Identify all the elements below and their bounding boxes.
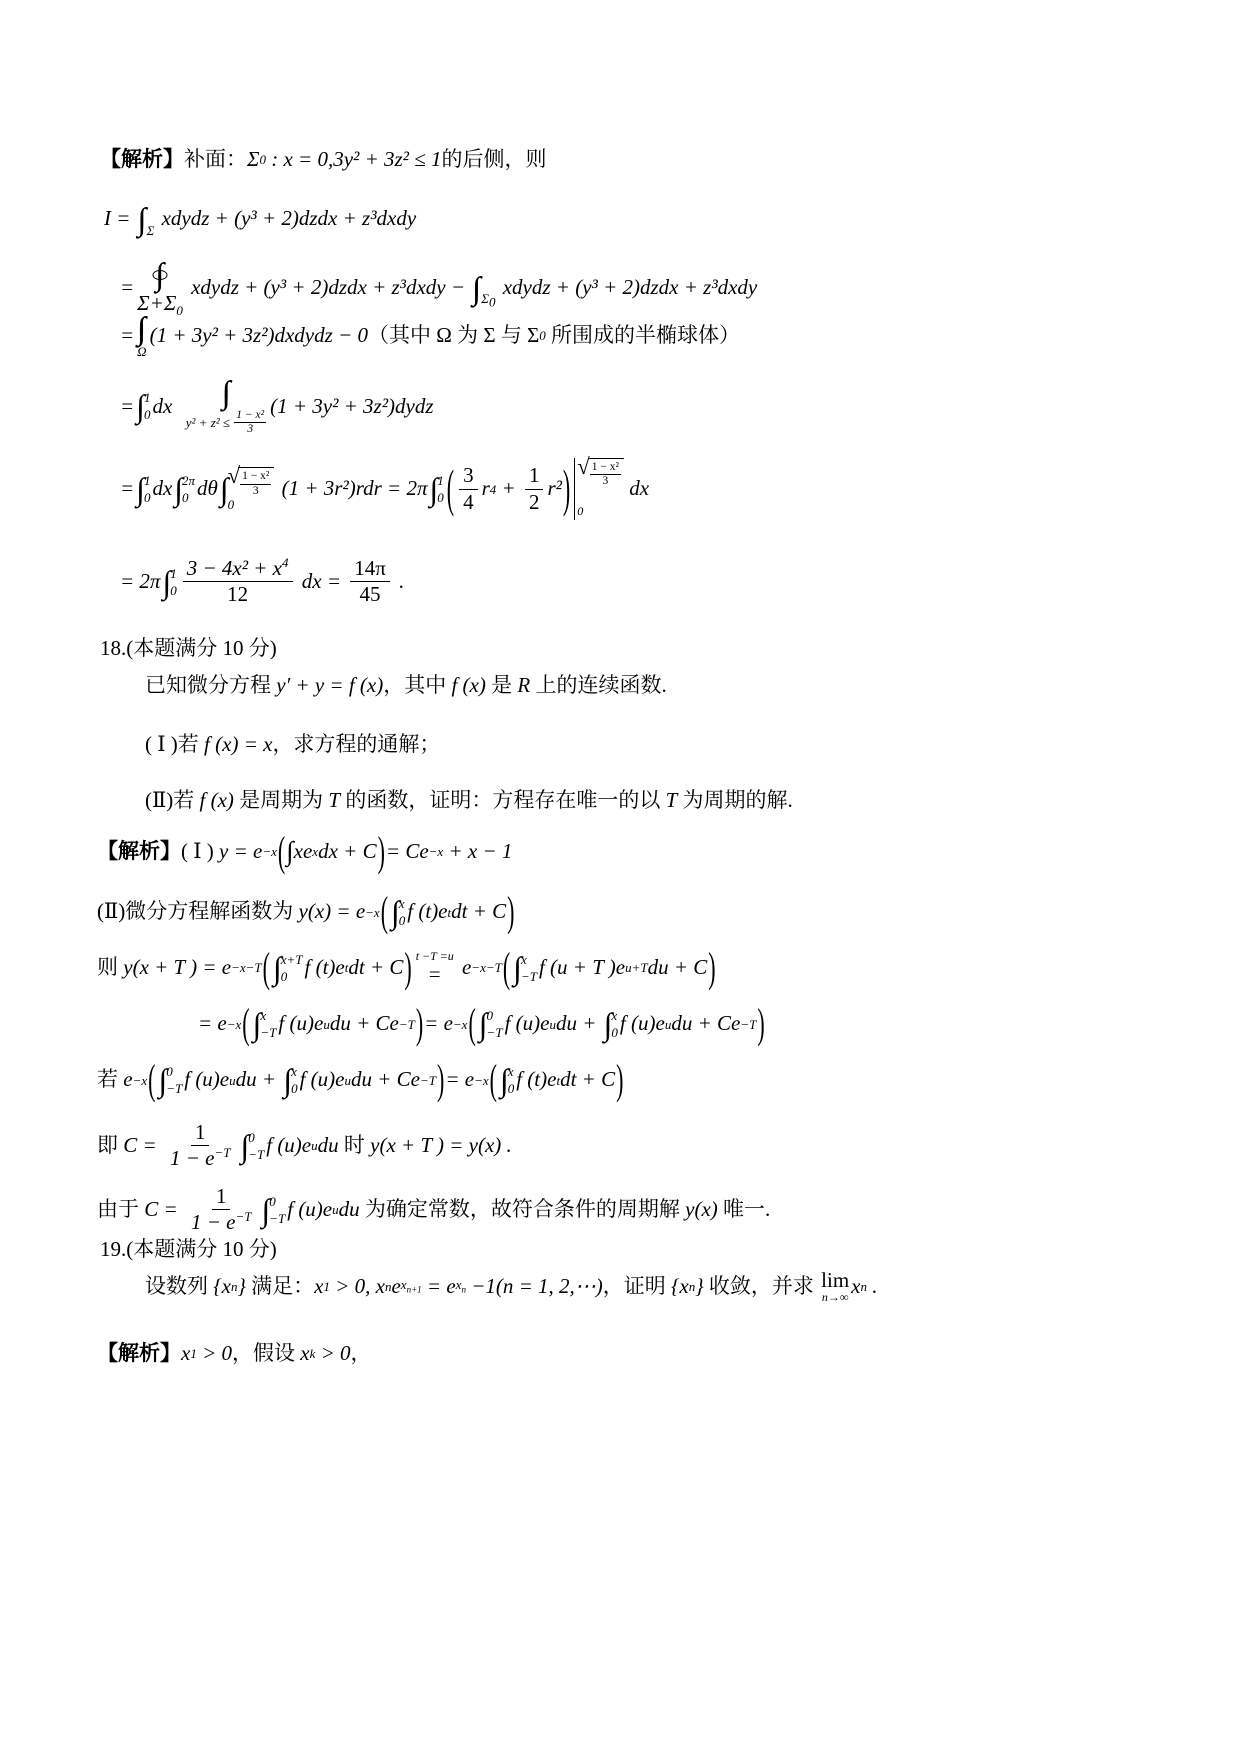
- equals-sign: =: [120, 274, 134, 301]
- cjk-text: 唯一.: [718, 1196, 771, 1223]
- lower-limit: −T: [487, 1026, 503, 1039]
- sqrt: √1 − x²3: [228, 467, 275, 497]
- math-fragment: C =: [123, 1132, 162, 1159]
- fraction: 14π45: [350, 556, 390, 607]
- lower-limit: 0: [144, 408, 151, 421]
- math-fragment: f (x) = x: [204, 731, 272, 758]
- denominator-text: 1 − e: [170, 1146, 215, 1170]
- fraction-numerator: 3: [459, 463, 478, 489]
- analysis-tag: 【解析】: [97, 1340, 181, 1367]
- superscript: −x: [453, 1018, 468, 1031]
- analysis-tag: 【解析】: [97, 838, 181, 865]
- cjk-text: 已知微分方程: [145, 672, 276, 699]
- math-fragment: f (t)e: [305, 954, 345, 981]
- brace: {: [213, 1273, 221, 1300]
- superscript: −x: [227, 1018, 242, 1031]
- math-fragment: y(x): [685, 1196, 718, 1223]
- integral: ∫10: [136, 473, 150, 505]
- math-fragment: (1 + 3y² + 3z²)dydz: [270, 393, 433, 420]
- cjk-text: 的后侧，则: [442, 146, 547, 173]
- math-fragment: > 0: [197, 1340, 232, 1367]
- question18-number: 18.(本题满分 10 分): [100, 635, 277, 662]
- cjk-text: 是周期为: [234, 787, 329, 814]
- open-paren: (: [490, 1059, 497, 1101]
- lower-limit: −T: [269, 1212, 285, 1225]
- math-fragment: f (x): [451, 672, 485, 699]
- nested-subscript: n+1: [407, 1285, 422, 1295]
- close-paren: ): [416, 1003, 423, 1045]
- fraction-denominator: 3: [598, 475, 612, 488]
- cjk-text: ，假设: [232, 1340, 300, 1367]
- math-fragment: x: [314, 1273, 323, 1300]
- close-paren: ): [378, 831, 385, 873]
- math-fragment: xdydz + (y³ + 2)dzdx + z³dxdy: [497, 274, 757, 301]
- lower-limit: −T: [260, 1026, 276, 1039]
- solution17-line-5: = ∫10 dx ∫2π0 dθ ∫√1 − x²30 (1 + 3r²)rdr…: [120, 458, 649, 520]
- open-paren: (: [148, 1059, 155, 1101]
- integral: ∫0−T: [158, 1064, 182, 1096]
- integral: ∫x0: [604, 1008, 618, 1040]
- lower-limit: 0: [577, 504, 624, 520]
- math-fragment: du + Ce: [351, 1066, 420, 1093]
- solution17-header-line: 【解析】补面：Σ0 : x = 0,3y² + 3z² ≤ 1的后侧，则: [100, 146, 547, 173]
- math-fragment: > 0: [315, 1340, 350, 1367]
- lower-limit: 0: [437, 491, 444, 504]
- question19-body: 设数列 {xn} 满足： x1 > 0, xnexn+1 = exn −1(n …: [145, 1270, 878, 1303]
- math-fragment: e: [217, 1010, 226, 1037]
- math-fragment: x: [181, 1340, 190, 1367]
- cjk-text: 补面：: [184, 146, 247, 173]
- equals-sign: =: [429, 964, 441, 985]
- math-fragment: dθ: [197, 475, 218, 502]
- surface-integral-ring-icon: [152, 270, 167, 280]
- integral-glyph: ∫∫: [222, 376, 231, 408]
- integral: ∫0−T: [261, 1194, 285, 1226]
- lower-limit: −T: [521, 970, 537, 983]
- condition-text: y² + z² ≤: [186, 416, 234, 430]
- upper-limit: 0: [166, 1065, 182, 1078]
- math-fragment: y(x) = e: [299, 898, 366, 925]
- cjk-text: 的函数，证明：方程存在唯一的以: [340, 787, 666, 814]
- integral-domain-label: Σ: [147, 223, 155, 240]
- analysis-tag: 【解析】: [100, 146, 184, 173]
- open-paren: (: [468, 1003, 475, 1045]
- cjk-text: 即: [97, 1132, 123, 1159]
- math-fragment: f (u)e: [278, 1010, 323, 1037]
- upper-limit: x: [260, 1009, 276, 1022]
- superscript: −T: [235, 1209, 251, 1224]
- cjk-text: ，: [351, 1340, 372, 1367]
- fraction-numerator: 1 − x²: [590, 461, 621, 475]
- integral: ∫x−T: [513, 952, 537, 984]
- roman-numeral: ( Ⅰ ): [181, 838, 219, 865]
- fraction: 11 − e−T: [166, 1120, 235, 1171]
- math-fragment: xdydz + (y³ + 2)dzdx + z³dxdy −: [186, 274, 470, 301]
- open-paren: (: [278, 831, 285, 873]
- math-fragment: C =: [144, 1196, 183, 1223]
- integral-sqrt-limit: ∫√1 − x²30: [220, 466, 274, 511]
- fraction-numerator: 1: [525, 463, 544, 489]
- open-paren: (: [381, 891, 388, 933]
- math-fragment: x: [222, 1273, 231, 1300]
- math-fragment: y = e: [219, 838, 262, 865]
- close-paren: ): [507, 891, 514, 933]
- superscript: −T: [740, 1018, 756, 1031]
- brace: }: [695, 1273, 703, 1300]
- superscript: −T: [420, 1074, 436, 1087]
- math-fragment: T: [328, 787, 340, 814]
- lower-limit: 0: [291, 1082, 298, 1095]
- lower-limit: 0: [399, 914, 406, 927]
- fraction: 1 − x²3: [234, 409, 266, 436]
- upper-limit: 1: [144, 391, 151, 404]
- solution17-line-6: = 2π ∫10 3 − 4x² + x412 dx = 14π45 .: [120, 556, 404, 607]
- fraction-denominator: 3: [249, 485, 263, 498]
- fraction-numerator: 1 − x²: [234, 409, 266, 423]
- document-page: 【解析】补面：Σ0 : x = 0,3y² + 3z² ≤ 1的后侧，则 I =…: [0, 0, 1240, 1755]
- period: .: [394, 568, 405, 595]
- cjk-text: (Ⅱ)若: [145, 787, 200, 814]
- superscript: xn+1: [401, 1278, 422, 1295]
- upper-limit: 0: [487, 1009, 503, 1022]
- upper-limit: x: [521, 953, 537, 966]
- upper-limit: 1: [437, 474, 444, 487]
- math-fragment: y′ + y = f (x): [276, 672, 383, 699]
- superscript: 4: [282, 555, 289, 570]
- question18-part2: (Ⅱ)若 f (x) 是周期为 T 的函数，证明：方程存在唯一的以 T 为周期的…: [145, 787, 793, 814]
- integral: ∫0−T: [479, 1008, 503, 1040]
- double-integral: ∫∫Σ0: [472, 272, 495, 304]
- solution19-line-1: 【解析】x1 > 0，假设 xk > 0，: [97, 1340, 372, 1367]
- fraction: 12: [525, 463, 544, 514]
- math-fragment: r: [482, 475, 490, 502]
- lower-limit: 0: [281, 970, 303, 983]
- math-fragment: (1 + 3y² + 3z²)dxdydz − 0: [150, 322, 368, 349]
- math-fragment: Σ: [247, 146, 259, 173]
- fraction-numerator: 1: [191, 1120, 210, 1146]
- lower-limit: 0: [611, 1026, 618, 1039]
- cjk-text: (Ⅱ)微分方程解函数为: [97, 898, 299, 925]
- integral: ∫10: [429, 473, 443, 505]
- math-fragment: du + Ce: [671, 1010, 740, 1037]
- cjk-text: 为确定常数，故符合条件的周期解: [360, 1196, 686, 1223]
- math-fragment: T: [666, 787, 678, 814]
- lower-limit: 0: [170, 584, 177, 597]
- fraction-numerator: 14π: [350, 556, 390, 582]
- math-fragment: I =: [104, 205, 136, 232]
- equals-sign: =: [120, 393, 134, 420]
- substitution-label: t −T =u: [416, 950, 454, 962]
- lower-limit: −T: [166, 1082, 182, 1095]
- fraction-denominator: 4: [459, 490, 478, 515]
- cjk-text: 满足：: [246, 1273, 314, 1300]
- math-fragment: dx: [152, 393, 182, 420]
- equals-sign: =: [198, 1010, 217, 1037]
- fraction-numerator: 1 − x²: [240, 470, 271, 484]
- upper-limit: 0: [248, 1131, 264, 1144]
- superscript: −x−T: [471, 961, 502, 974]
- math-fragment: R: [517, 672, 530, 699]
- sqrt: √1 − x²3: [577, 458, 624, 488]
- upper-limit: x+T: [281, 953, 303, 966]
- math-fragment: f (t)e: [407, 898, 447, 925]
- solution18-line-5: 若 e−x ( ∫0−T f (u)eudu + ∫x0 f (u)eudu +…: [97, 1064, 624, 1096]
- integral-glyph: ∫∫: [472, 272, 481, 304]
- math-fragment: dt + C: [451, 898, 506, 925]
- math-fragment: du + Ce: [330, 1010, 399, 1037]
- fraction: 3 − 4x² + x412: [183, 556, 293, 607]
- math-fragment: f (u)e: [184, 1066, 229, 1093]
- question18-intro: 已知微分方程 y′ + y = f (x)，其中 f (x) 是 R 上的连续函…: [145, 672, 667, 699]
- cjk-text: ，其中: [383, 672, 451, 699]
- fraction: 11 − e−T: [187, 1184, 256, 1235]
- upper-limit: x: [611, 1009, 618, 1022]
- double-integral-with-condition: ∫∫y² + z² ≤ 1 − x²3: [186, 376, 267, 436]
- cjk-text: 收敛，并求: [704, 1273, 820, 1300]
- solution17-line-4: = ∫10 dx ∫∫y² + z² ≤ 1 − x²3 (1 + 3y² + …: [120, 376, 434, 436]
- math-fragment: dt + C: [348, 954, 403, 981]
- superscript: u+T: [625, 961, 648, 974]
- upper-limit: x: [508, 1065, 515, 1078]
- fraction-numerator: 3 − 4x² + x4: [183, 556, 293, 582]
- superscript: xn: [456, 1278, 466, 1295]
- lower-limit: 0: [144, 491, 151, 504]
- fraction-denominator: 3: [243, 423, 257, 436]
- triple-integral: ∫∫∫Ω: [137, 312, 146, 359]
- fraction-numerator: 1: [212, 1184, 231, 1210]
- math-fragment: > 0, x: [330, 1273, 385, 1300]
- equals-sign: =: [120, 475, 134, 502]
- math-fragment: = e: [445, 1066, 474, 1093]
- cjk-text: 设数列: [145, 1273, 213, 1300]
- math-fragment: du + C: [648, 954, 708, 981]
- upper-limit: x: [291, 1065, 298, 1078]
- fraction-denominator: 1 − e−T: [166, 1146, 235, 1171]
- solution17-line-3: = ∫∫∫Ω (1 + 3y² + 3z²)dxdydz − 0 （其中 Ω 为…: [120, 312, 740, 359]
- math-fragment: f (x): [200, 787, 234, 814]
- question19-number: 19.(本题满分 10 分): [100, 1236, 277, 1263]
- superscript: −x: [262, 845, 277, 858]
- upper-limit: x: [399, 897, 406, 910]
- open-paren: (: [263, 947, 270, 989]
- cjk-text: 则: [97, 954, 123, 981]
- math-fragment: dx =: [297, 568, 347, 595]
- question-number-text: 18.(本题满分 10 分): [100, 635, 277, 662]
- math-fragment: = Ce: [386, 838, 429, 865]
- upper-limit: 2π: [182, 474, 195, 487]
- integral: ∫x0: [391, 896, 405, 928]
- math-fragment: xe: [294, 838, 313, 865]
- question18-part1: ( Ⅰ )若 f (x) = x，求方程的通解；: [145, 731, 440, 758]
- math-fragment: dx: [152, 475, 172, 502]
- lower-limit: 0: [182, 491, 195, 504]
- cjk-text: 时: [339, 1132, 371, 1159]
- fraction: 1 − x²3: [240, 470, 271, 497]
- close-paren: ): [563, 463, 570, 515]
- math-fragment: f (u)e: [505, 1010, 550, 1037]
- cjk-text: ，求方程的通解；: [272, 731, 440, 758]
- close-paren: ): [616, 1059, 623, 1101]
- math-fragment: dx + C: [318, 838, 377, 865]
- integral-glyph: ∫∫∫: [137, 312, 146, 344]
- math-fragment: = e: [422, 1273, 456, 1300]
- open-paren: (: [447, 463, 454, 515]
- cjk-text: 若: [97, 1066, 123, 1093]
- solution18-line-2: (Ⅱ)微分方程解函数为 y(x) = e−x ( ∫x0 f (t)etdt +…: [97, 896, 515, 928]
- fraction-denominator: 45: [356, 582, 385, 607]
- math-fragment: x: [300, 1340, 309, 1367]
- math-fragment: f (u)e: [266, 1132, 311, 1159]
- integral: ∫2π0: [174, 473, 195, 505]
- open-paren: (: [503, 947, 510, 989]
- solution18-line-7: 由于 C = 11 − e−T ∫0−T f (u)eudu 为确定常数，故符合…: [97, 1184, 770, 1235]
- integral: ∫10: [162, 566, 176, 598]
- cjk-text: ( Ⅰ )若: [145, 731, 204, 758]
- equals-sign: =: [120, 322, 134, 349]
- upper-limit: 1: [144, 474, 151, 487]
- math-fragment: e: [457, 954, 472, 981]
- math-fragment: xdydz + (y³ + 2)dzdx + z³dxdy: [156, 205, 416, 232]
- fraction-denominator: 12: [223, 582, 252, 607]
- solution18-line-6: 即 C = 11 − e−T ∫0−T f (u)eudu 时 y(x + T …: [97, 1120, 512, 1171]
- cjk-note: （其中 Ω 为 Σ 与 Σ: [368, 322, 539, 349]
- evaluation-bar: √1 − x²30: [574, 458, 624, 520]
- math-fragment: x: [679, 1273, 688, 1300]
- superscript: −x: [133, 1074, 148, 1087]
- subscript: 0: [489, 295, 496, 310]
- math-fragment: dx: [624, 475, 649, 502]
- math-fragment: + x − 1: [443, 838, 512, 865]
- math-fragment: y(x + T ) = y(x): [370, 1132, 501, 1159]
- math-fragment: y(x + T ) = e: [123, 954, 231, 981]
- lim-subscript: n→∞: [822, 1291, 849, 1303]
- math-fragment: e: [123, 1066, 132, 1093]
- cjk-text: ，证明: [603, 1273, 671, 1300]
- solution18-line-4: = e−x ( ∫x−T f (u)eudu + Ce−T ) = e−x ( …: [198, 1008, 766, 1040]
- cjk-text: 上的连续函数.: [530, 672, 667, 699]
- numerator-text: 3 − 4x² + x: [187, 556, 282, 580]
- math-fragment: x: [851, 1273, 860, 1300]
- math-fragment: (1 + 3r²)rdr = 2π: [276, 475, 427, 502]
- cjk-note: 所围成的半椭球体）: [546, 322, 740, 349]
- close-paren: ): [757, 1003, 764, 1045]
- solution18-line-3: 则 y(x + T ) = e−x−T ( ∫x+T0 f (t)etdt + …: [97, 950, 717, 985]
- integral: ∫x0: [283, 1064, 297, 1096]
- integral: ∫x0: [500, 1064, 514, 1096]
- math-fragment: f (u)e: [300, 1066, 345, 1093]
- superscript: −T: [214, 1145, 230, 1160]
- close-paren: ): [404, 947, 411, 989]
- close-paren: ): [708, 947, 715, 989]
- fraction-denominator: 2: [525, 490, 544, 515]
- lower-limit: −T: [248, 1148, 264, 1161]
- period: .: [867, 1273, 878, 1300]
- math-fragment: du +: [236, 1066, 282, 1093]
- math-fragment: e: [391, 1273, 400, 1300]
- fraction-denominator: 1 − e−T: [187, 1210, 256, 1235]
- solution18-line-1: 【解析】( Ⅰ ) y = e−x (∫xexdx + C) = Ce−x + …: [97, 838, 512, 865]
- superscript: −x: [365, 906, 380, 919]
- label-text: Σ: [481, 291, 489, 306]
- math-fragment: f (t)e: [516, 1066, 556, 1093]
- integral: ∫0−T: [240, 1130, 264, 1162]
- math-fragment: du: [339, 1196, 360, 1223]
- lower-limit: 0: [228, 498, 275, 511]
- superscript: −x: [474, 1074, 489, 1087]
- integral-glyph: ∫: [286, 838, 293, 865]
- superscript: −T: [399, 1018, 415, 1031]
- solution17-line-2: = ∫∫Σ+Σ0 xdydz + (y³ + 2)dzdx + z³dxdy −…: [120, 258, 757, 317]
- integral-glyph: ∫∫: [138, 203, 147, 235]
- denominator-text: 1 − e: [191, 1210, 236, 1234]
- upper-limit: 0: [269, 1195, 285, 1208]
- integral-domain-label: Ω: [137, 345, 146, 359]
- solution17-line-1: I = ∫∫Σ xdydz + (y³ + 2)dzdx + z³dxdy: [104, 203, 416, 235]
- math-fragment: dt + C: [560, 1066, 615, 1093]
- substitution-equals: t −T =u=: [416, 950, 454, 985]
- superscript: −x: [429, 845, 444, 858]
- integral: ∫x+T0: [273, 952, 303, 984]
- open-paren: (: [242, 1003, 249, 1045]
- fraction: 34: [459, 463, 478, 514]
- double-integral: ∫∫Σ: [138, 203, 155, 235]
- upper-limit: 1: [170, 567, 177, 580]
- integral: ∫x−T: [253, 1008, 277, 1040]
- integral-condition-label: y² + z² ≤ 1 − x²3: [186, 409, 267, 436]
- superscript: −x−T: [231, 961, 262, 974]
- cjk-text: 为周期的解.: [677, 787, 793, 814]
- lim-text: lim: [821, 1270, 849, 1291]
- math-fragment: r²: [547, 475, 561, 502]
- math-fragment: = 2π: [120, 568, 160, 595]
- period: .: [501, 1132, 512, 1159]
- closed-surface-integral: ∫∫Σ+Σ0: [137, 258, 183, 317]
- math-fragment: du +: [556, 1010, 602, 1037]
- fraction: 1 − x²3: [590, 461, 621, 488]
- question-number-text: 19.(本题满分 10 分): [100, 1236, 277, 1263]
- cjk-text: 由于: [97, 1196, 144, 1223]
- limit-operator: limn→∞: [821, 1270, 849, 1303]
- integral-domain-label: Σ0: [481, 291, 495, 309]
- math-fragment: f (u + T )e: [539, 954, 625, 981]
- math-fragment: +: [496, 475, 521, 502]
- cjk-text: 是: [486, 672, 518, 699]
- math-fragment: −1(n = 1, 2,⋯): [466, 1273, 603, 1300]
- math-fragment: f (u)e: [287, 1196, 332, 1223]
- brace: }: [237, 1273, 245, 1300]
- lower-limit: 0: [508, 1082, 515, 1095]
- close-paren: ): [437, 1059, 444, 1101]
- math-fragment: du: [318, 1132, 339, 1159]
- math-fragment: : x = 0,3y² + 3z² ≤ 1: [266, 146, 442, 173]
- math-fragment: = e: [424, 1010, 453, 1037]
- integral: ∫10: [136, 390, 150, 422]
- math-fragment: f (u)e: [620, 1010, 665, 1037]
